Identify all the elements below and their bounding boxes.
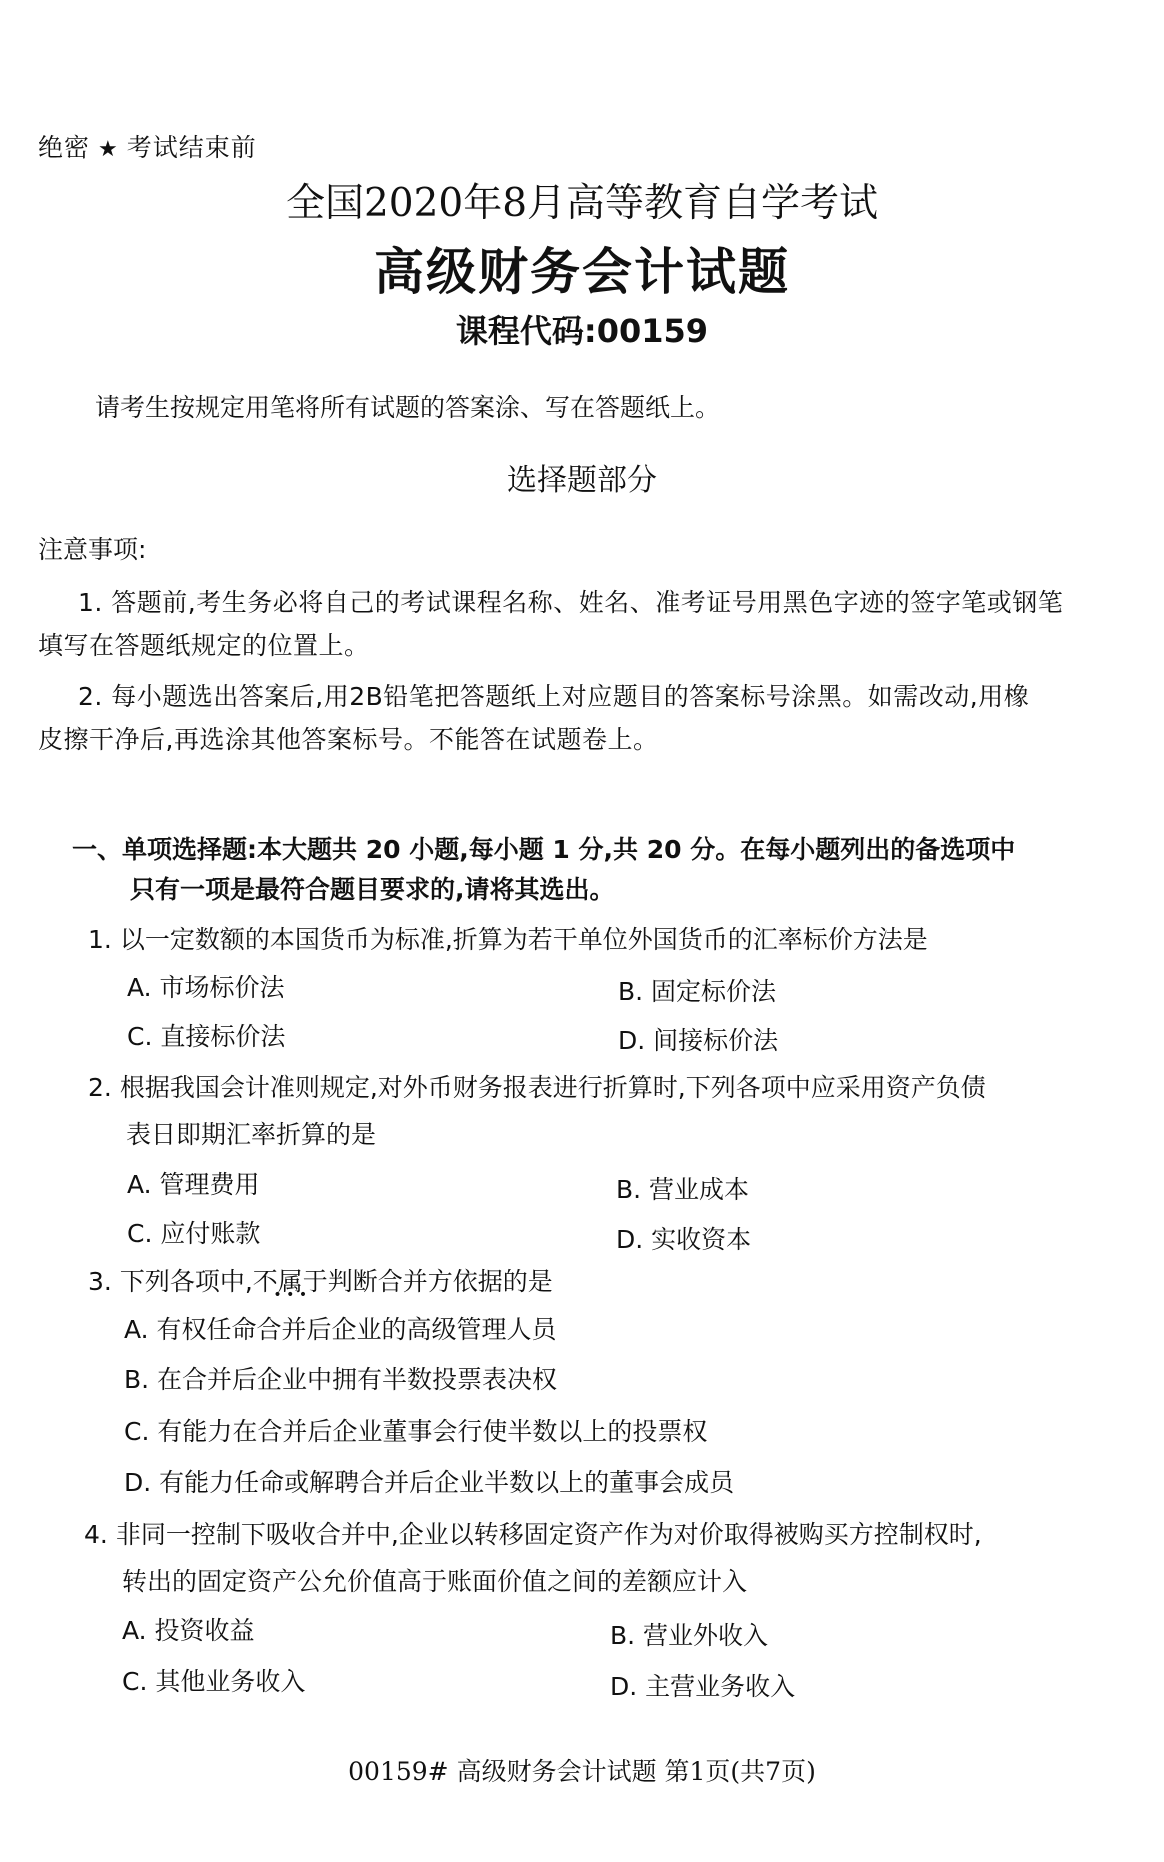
part-one-heading-line-1: 一、单项选择题:本大题共 20 小题,每小题 1 分,共 20 分。在每小题列出… (72, 830, 1015, 866)
question-2-option-c: C. 应付账款 (127, 1214, 260, 1250)
part-one-heading-line-2: 只有一项是最符合题目要求的,请将其选出。 (130, 870, 615, 906)
question-text: 根据我国会计准则规定,对外币财务报表进行折算时,下列各项中应采用资产负债 (120, 1073, 986, 1102)
question-3-option-d: D. 有能力任命或解聘合并后企业半数以上的董事会成员 (124, 1463, 734, 1499)
question-1-option-b: B. 固定标价法 (618, 972, 776, 1008)
confidential-notice: 绝密★考试结束前 (38, 128, 257, 164)
note-2-line-1: 2. 每小题选出答案后,用2B铅笔把答题纸上对应题目的答案标号涂黑。如需改动,用… (78, 677, 1029, 713)
course-code: 课程代码:00159 (0, 306, 1164, 352)
note-1-line-2: 填写在答题纸规定的位置上。 (38, 626, 370, 662)
question-4-option-a: A. 投资收益 (122, 1611, 255, 1647)
question-number: 1. (88, 925, 112, 954)
question-3-option-c: C. 有能力在合并后企业董事会行使半数以上的投票权 (124, 1412, 707, 1448)
page-footer: 00159# 高级财务会计试题 第1页(共7页) (0, 1752, 1164, 1788)
general-instruction: 请考生按规定用笔将所有试题的答案涂、写在答题纸上。 (95, 388, 720, 424)
question-number: 3. (88, 1267, 112, 1296)
question-2-option-d: D. 实收资本 (616, 1220, 751, 1256)
note-2-line-2: 皮擦干净后,再选涂其他答案标号。不能答在试题卷上。 (38, 720, 658, 756)
question-2-stem-line-1: 2. 根据我国会计准则规定,对外币财务报表进行折算时,下列各项中应采用资产负债 (88, 1068, 986, 1104)
question-4-stem-line-2: 转出的固定资产公允价值高于账面价值之间的差额应计入 (122, 1562, 747, 1598)
question-1-option-c: C. 直接标价法 (127, 1017, 285, 1053)
question-1-option-a: A. 市场标价法 (127, 968, 285, 1004)
question-text-after: 判断合并方依据的是 (328, 1267, 553, 1296)
confidential-until-label: 考试结束前 (127, 133, 257, 162)
emphasis-dots-icon: • • • (253, 1290, 328, 1300)
subject-title: 高级财务会计试题 (0, 232, 1164, 304)
exam-title: 全国2020年8月高等教育自学考试 (0, 172, 1164, 228)
section-title: 选择题部分 (0, 455, 1164, 499)
question-4-option-c: C. 其他业务收入 (122, 1662, 305, 1698)
emphasized-text: 不属于• • • (253, 1262, 328, 1298)
question-4-option-d: D. 主营业务收入 (610, 1667, 795, 1703)
question-text: 以一定数额的本国货币为标准,折算为若干单位外国货币的汇率标价方法是 (120, 925, 928, 954)
note-1-line-1: 1. 答题前,考生务必将自己的考试课程名称、姓名、准考证号用黑色字迹的签字笔或钢… (78, 583, 1063, 619)
question-1-stem: 1. 以一定数额的本国货币为标准,折算为若干单位外国货币的汇率标价方法是 (88, 920, 928, 956)
question-4-option-b: B. 营业外收入 (610, 1616, 768, 1652)
question-2-option-b: B. 营业成本 (616, 1170, 749, 1206)
question-2-option-a: A. 管理费用 (127, 1165, 260, 1201)
question-2-stem-line-2: 表日即期汇率折算的是 (126, 1115, 376, 1151)
star-icon: ★ (98, 137, 119, 162)
question-1-option-d: D. 间接标价法 (618, 1021, 778, 1057)
notes-heading: 注意事项: (38, 530, 146, 566)
confidential-label: 绝密 (38, 133, 90, 162)
question-4-stem-line-1: 4. 非同一控制下吸收合并中,企业以转移固定资产作为对价取得被购买方控制权时, (84, 1515, 982, 1551)
question-3-option-a: A. 有权任命合并后企业的高级管理人员 (124, 1310, 557, 1346)
question-text-before: 下列各项中, (120, 1267, 253, 1296)
question-number: 4. (84, 1520, 108, 1549)
question-3-stem: 3. 下列各项中,不属于• • •判断合并方依据的是 (88, 1262, 553, 1298)
question-number: 2. (88, 1073, 112, 1102)
question-text: 非同一控制下吸收合并中,企业以转移固定资产作为对价取得被购买方控制权时, (116, 1520, 982, 1549)
question-3-option-b: B. 在合并后企业中拥有半数投票表决权 (124, 1360, 557, 1396)
